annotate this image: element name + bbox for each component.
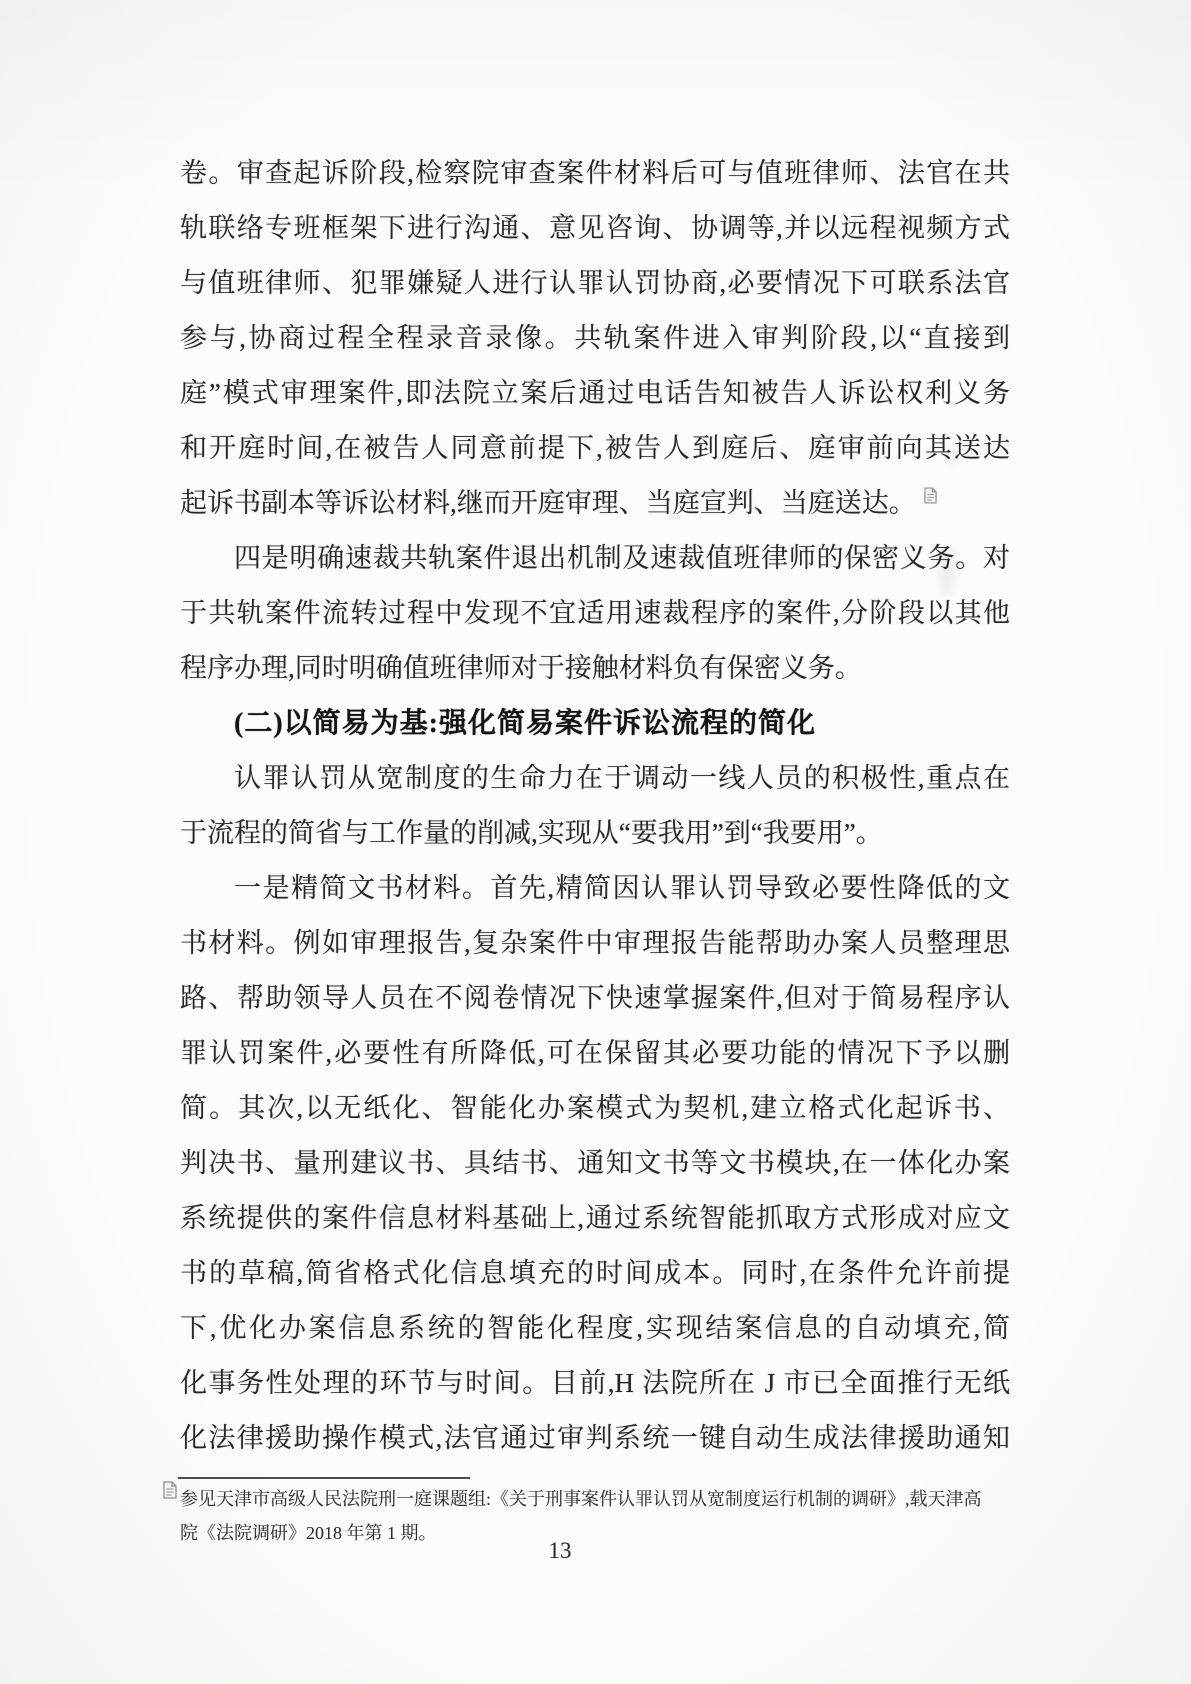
footnote-marker-icon bbox=[924, 487, 937, 504]
text-line: 下,优化办案信息系统的智能化程度,实现结案信息的自动填充,简 bbox=[180, 1301, 1010, 1356]
text-line: 轨联络专班框架下进行沟通、意见咨询、协调等,并以远程视频方式 bbox=[180, 201, 1010, 256]
text-line: 参与,协商过程全程录音录像。共轨案件进入审判阶段,以“直接到 bbox=[180, 311, 1010, 366]
text-line: 于共轨案件流转过程中发现不宜适用速裁程序的案件,分阶段以其他 bbox=[180, 586, 1010, 641]
text-line: 四是明确速裁共轨案件退出机制及速裁值班律师的保密义务。对 bbox=[180, 531, 1010, 586]
text-line: 于流程的简省与工作量的削减,实现从“要我用”到“我要用”。 bbox=[180, 806, 1010, 861]
text-line: 庭”模式审理案件,即法院立案后通过电话告知被告人诉讼权利义务 bbox=[180, 366, 1010, 421]
text-line: 一是精简文书材料。首先,精简因认罪认罚导致必要性降低的文 bbox=[180, 861, 1010, 916]
main-text-block: 卷。审查起诉阶段,检察院审查案件材料后可与值班律师、法官在共轨联络专班框架下进行… bbox=[180, 146, 1010, 1466]
page-number: 13 bbox=[0, 1538, 1120, 1564]
text-line: 简。其次,以无纸化、智能化办案模式为契机,建立格式化起诉书、 bbox=[180, 1081, 1010, 1136]
footnote-marker-icon bbox=[163, 1481, 177, 1499]
text-line: 系统提供的案件信息材料基础上,通过系统智能抓取方式形成对应文 bbox=[180, 1191, 1010, 1246]
text-line: 罪认罚案件,必要性有所降低,可在保留其必要功能的情况下予以删 bbox=[180, 1026, 1010, 1081]
text-line: 书材料。例如审理报告,复杂案件中审理报告能帮助办案人员整理思 bbox=[180, 916, 1010, 971]
text-line: 书的草稿,简省格式化信息填充的时间成本。同时,在条件允许前提 bbox=[180, 1246, 1010, 1301]
text-line: 起诉书副本等诉讼材料,继而开庭审理、当庭宣判、当庭送达。 bbox=[180, 476, 1010, 531]
text-line: 化法律援助操作模式,法官通过审判系统一键自动生成法律援助通知 bbox=[180, 1411, 1010, 1466]
text-line: 判决书、量刑建议书、具结书、通知文书等文书模块,在一体化办案 bbox=[180, 1136, 1010, 1191]
footnote-separator bbox=[178, 1477, 470, 1479]
footnote-line: 参见天津市高级人民法院刑一庭课题组:《关于刑事案件认罪认罚从宽制度运行机制的调研… bbox=[180, 1481, 1028, 1516]
text-line: 和开庭时间,在被告人同意前提下,被告人到庭后、庭审前向其送达 bbox=[180, 421, 1010, 476]
text-line: 路、帮助领导人员在不阅卷情况下快速掌握案件,但对于简易程序认 bbox=[180, 971, 1010, 1026]
text-line: 化事务性处理的环节与时间。目前,H 法院所在 J 市已全面推行无纸 bbox=[180, 1356, 1010, 1411]
footnote-text: 参见天津市高级人民法院刑一庭课题组:《关于刑事案件认罪认罚从宽制度运行机制的调研… bbox=[180, 1489, 982, 1509]
text-line: 认罪认罚从宽制度的生命力在于调动一线人员的积极性,重点在 bbox=[180, 751, 1010, 806]
section-heading: (二)以简易为基:强化简易案件诉讼流程的简化 bbox=[180, 696, 1010, 751]
document-page: 卷。审查起诉阶段,检察院审查案件材料后可与值班律师、法官在共轨联络专班框架下进行… bbox=[0, 0, 1191, 1684]
text-line: 程序办理,同时明确值班律师对于接触材料负有保密义务。 bbox=[180, 641, 1010, 696]
text-line: 卷。审查起诉阶段,检察院审查案件材料后可与值班律师、法官在共 bbox=[180, 146, 1010, 201]
text-line: 与值班律师、犯罪嫌疑人进行认罪认罚协商,必要情况下可联系法官 bbox=[180, 256, 1010, 311]
